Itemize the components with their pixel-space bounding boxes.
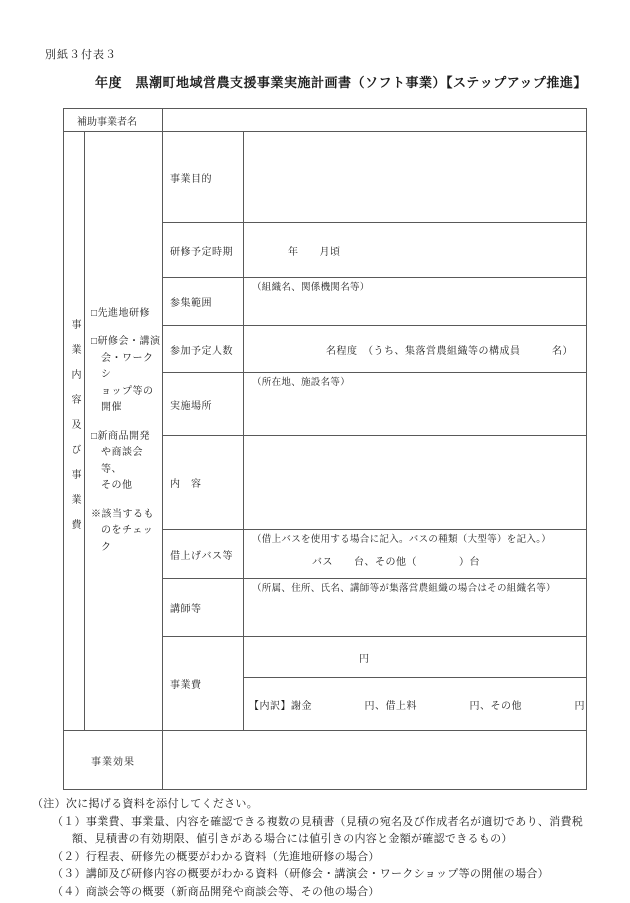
row-label-project-cost: 事業費 (163, 637, 243, 730)
chartered-bus-hint: （借上バスを使用する場合に記入。バスの種類（大型等）を記入。） (244, 530, 586, 546)
row-label-participant-scope: 参集範囲 (163, 278, 243, 325)
training-period-input-area[interactable]: 年 月頃 (244, 223, 586, 277)
note-item-4: （４）商談会等の概要（新商品開発や商談会等、その他の場合） (32, 884, 604, 902)
training-period-template: 年 月頃 (244, 243, 341, 258)
note-item-3: （３）講師及び研修内容の概要がわかる資料（研修会・講演会・ワークショップ等の開催… (32, 866, 604, 884)
row-label-chartered-bus: 借上げバス等 (163, 530, 243, 578)
page-title: 年度 黒潮町地域営農支援事業実施計画書（ソフト事業）【ステップアップ推進】 (95, 72, 587, 91)
chartered-bus-template: バス 台、その他（ ）台 (244, 553, 586, 568)
planned-participants-input-area[interactable]: 名程度 （うち、集落営農組織等の構成員 名） (244, 326, 586, 372)
category-checkbox-panel: □先進地研修 □研修会・講演 会・ワークシ ョップ等の 開催 □新商品開発 や商… (85, 132, 162, 730)
checkbox-instruction-note: ※該当するも のをチェック (91, 507, 162, 557)
participant-scope-hint: （組織名、関係機関名等） (244, 278, 586, 294)
row-label-planned-participants: 参加予定人数 (163, 326, 243, 372)
participant-scope-input-area[interactable]: （組織名、関係機関名等） (244, 278, 586, 325)
section-vertical-label-cell: 事業内容及び事業費 (64, 132, 84, 730)
operator-name-label: 補助事業者名 (64, 109, 162, 131)
planned-participants-template: 名程度 （うち、集落営農組織等の構成員 名） (244, 342, 573, 357)
row-label-project-effect: 事業効果 (64, 731, 162, 789)
chartered-bus-input-area[interactable]: （借上バスを使用する場合に記入。バスの種類（大型等）を記入。） バス 台、その他… (244, 530, 586, 578)
checkbox-workshop-seminar[interactable]: □研修会・講演 会・ワークシ ョップ等の 開催 (91, 334, 162, 417)
instructor-hint: （所属、住所、氏名、講師等が集落営農組織の場合はその組織名等） (244, 579, 586, 595)
instructor-input-area[interactable]: （所属、住所、氏名、講師等が集落営農組織の場合はその組織名等） (244, 579, 586, 636)
project-cost-total-template: 円 (244, 650, 370, 665)
project-cost-breakdown-input-area[interactable]: 【内訳】謝金 円、借上料 円、その他 円 (244, 678, 586, 730)
note-item-1: （１）事業費、事業量、内容を確認できる複数の見積書（見積の宛名及び作成者名が適切… (32, 814, 604, 849)
row-label-training-period: 研修予定時期 (163, 223, 243, 277)
section-vertical-label: 事業内容及び事業費 (64, 319, 84, 544)
plan-form-table: 補助事業者名 事業内容及び事業費 □先進地研修 □研修会・講演 会・ワークシ ョ… (63, 108, 587, 790)
purpose-input-area[interactable] (244, 132, 586, 222)
operator-name-input-area[interactable] (163, 109, 586, 131)
project-effect-input-area[interactable] (163, 731, 586, 789)
attachment-notes: （注）次に掲げる資料を添付してください。 （１）事業費、事業量、内容を確認できる… (32, 796, 604, 901)
content-input-area[interactable] (244, 436, 586, 529)
checkbox-advanced-site-training[interactable]: □先進地研修 (91, 306, 162, 323)
venue-hint: （所在地、施設名等） (244, 373, 586, 389)
checkbox-new-product-business-meeting[interactable]: □新商品開発 や商談会等、 その他 (91, 429, 162, 495)
row-label-instructor: 講師等 (163, 579, 243, 636)
project-cost-breakdown-template: 【内訳】謝金 円、借上料 円、その他 円 (244, 697, 585, 712)
row-label-venue: 実施場所 (163, 373, 243, 435)
notes-heading: （注）次に掲げる資料を添付してください。 (32, 796, 604, 814)
row-label-purpose: 事業目的 (163, 132, 243, 222)
project-cost-total-input-area[interactable]: 円 (244, 637, 586, 677)
row-label-content: 内 容 (163, 436, 243, 529)
doc-ref: 別紙３付表３ (45, 46, 117, 62)
note-item-2: （２）行程表、研修先の概要がわかる資料（先進地研修の場合） (32, 849, 604, 867)
venue-input-area[interactable]: （所在地、施設名等） (244, 373, 586, 435)
